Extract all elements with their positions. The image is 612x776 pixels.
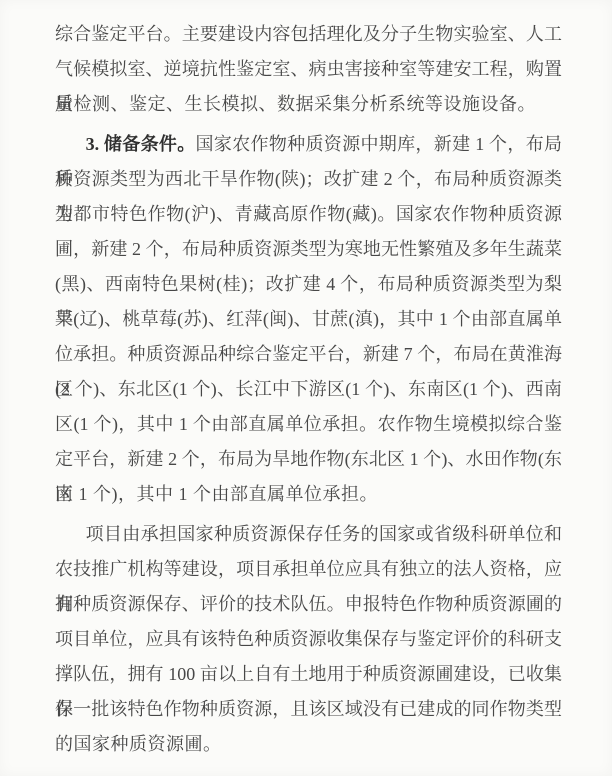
text-line: 有种质资源保存、评价的技术队伍。申报特色作物种质资源圃的 — [55, 587, 562, 622]
paragraph-construction-content: 综合鉴定平台。主要建设内容包括理化及分子生物实验室、人工 气候模拟室、逆境抗性鉴… — [55, 17, 562, 122]
paragraph-project-undertaker: 项目由承担国家种质资源保存任务的国家或省级科研单位和 农技推广机构等建设，项目承… — [55, 517, 562, 762]
text-line: 量检测、鉴定、生长模拟、数据采集分析系统等设施设备。 — [55, 87, 562, 122]
text-line: (2 个)、东北区(1 个)、长江中下游区(1 个)、东南区(1 个)、西南 — [55, 372, 562, 407]
text-line: 存一批该特色作物种质资源，且该区域没有已建成的同作物类型 — [55, 692, 562, 727]
text-line: 为都市特色作物(沪)、青藏高原作物(藏)。国家农作物种质资源 — [55, 197, 562, 232]
text-line: 3. 储备条件。国家农作物种质资源中期库，新建 1 个，布局种 — [55, 127, 562, 162]
text-line: 综合鉴定平台。主要建设内容包括理化及分子生物实验室、人工 — [55, 17, 562, 52]
text-line: 项目由承担国家种质资源保存任务的国家或省级科研单位和 — [55, 517, 562, 552]
document-page: 综合鉴定平台。主要建设内容包括理化及分子生物实验室、人工 气候模拟室、逆境抗性鉴… — [0, 0, 612, 776]
text-line: 果(辽)、桃草莓(苏)、红萍(闽)、甘蔗(滇)，其中 1 个由部直属单 — [55, 302, 562, 337]
text-line: 项目单位，应具有该特色种质资源收集保存与鉴定评价的科研支 — [55, 622, 562, 657]
text-line: 位承担。种质资源品种综合鉴定平台，新建 7 个，布局在黄淮海区 — [55, 337, 562, 372]
text-line: 撑队伍，拥有 100 亩以上自有土地用于种质资源圃建设，已收集保 — [55, 657, 562, 692]
text-line: (黑)、西南特色果树(桂)；改扩建 4 个，布局种质资源类型为梨苹 — [55, 267, 562, 302]
text-line: 的国家种质资源圃。 — [55, 727, 562, 762]
text-line: 农技推广机构等建设，项目承担单位应具有独立的法人资格，应拥 — [55, 552, 562, 587]
paragraph-reserve-conditions: 3. 储备条件。国家农作物种质资源中期库，新建 1 个，布局种 质资源类型为西北… — [55, 127, 562, 512]
text-line: 定平台，新建 2 个，布局为旱地作物(东北区 1 个)、水田作物(东南 — [55, 442, 562, 477]
text-line: 质资源类型为西北干旱作物(陕)；改扩建 2 个，布局种质资源类型 — [55, 162, 562, 197]
section-heading-reserve-conditions: 3. 储备条件。 — [86, 134, 196, 154]
text-line: 圃，新建 2 个，布局种质资源类型为寒地无性繁殖及多年生蔬菜 — [55, 232, 562, 267]
text-line: 区 1 个)，其中 1 个由部直属单位承担。 — [55, 477, 562, 512]
text-line: 区(1 个)，其中 1 个由部直属单位承担。农作物生境模拟综合鉴 — [55, 407, 562, 442]
text-line: 气候模拟室、逆境抗性鉴定室、病虫害接种室等建安工程，购置质 — [55, 52, 562, 87]
